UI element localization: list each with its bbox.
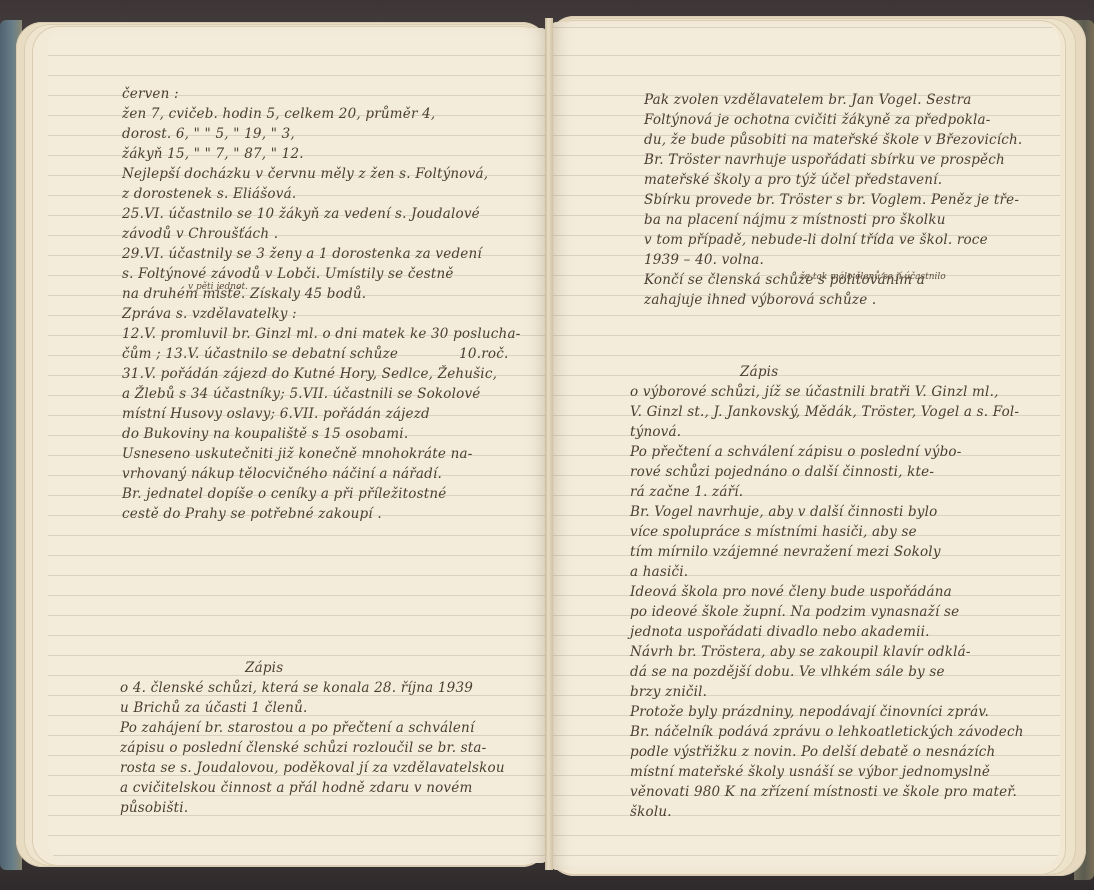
text-line: žen 7, cvičeb. hodin 5, celkem 20, průmě… bbox=[122, 104, 520, 124]
text-line: Po přečtení a schválení zápisu o posledn… bbox=[630, 442, 1024, 462]
text-line: dorost. 6, " " 5, " 19, " 3, bbox=[122, 124, 520, 144]
text-line: s. Foltýnové závodů v Lobči. Umístily se… bbox=[122, 264, 520, 284]
text-line: Protože byly prázdniny, nepodávají činov… bbox=[630, 702, 1024, 722]
text-line: školu. bbox=[630, 802, 1024, 822]
margin-note: 10.roč. bbox=[459, 344, 508, 364]
left-page-top-section: červen : žen 7, cvičeb. hodin 5, celkem … bbox=[122, 84, 520, 524]
text-line: červen : bbox=[122, 84, 520, 104]
text-line: Br. náčelník podává zprávu o lehkoatleti… bbox=[630, 722, 1024, 742]
section-heading: Zápis bbox=[120, 658, 505, 678]
text-line: 1939 – 40. volna. bbox=[644, 250, 1022, 270]
text-line: rové schůzi pojednáno o další činnosti, … bbox=[630, 462, 1024, 482]
text-line: u Brichů za účasti 1 členů. bbox=[120, 698, 505, 718]
text-line: 25.VI. účastnilo se 10 žákyň za vedení s… bbox=[122, 204, 520, 224]
text-line: Foltýnová je ochotna cvičiti žákyně za p… bbox=[644, 110, 1022, 130]
text-line: z dorostenek s. Eliášová. bbox=[122, 184, 520, 204]
text-line: Br. jednatel dopíše o ceníky a při příle… bbox=[122, 484, 520, 504]
text-line: a hasiči. bbox=[630, 562, 1024, 582]
section-heading: Zápis bbox=[630, 362, 1024, 382]
text-line: rá začne 1. září. bbox=[630, 482, 1024, 502]
text-line: 12.V. promluvil br. Ginzl ml. o dni mate… bbox=[122, 324, 520, 344]
text-line: ba na placení nájmu z místnosti pro škol… bbox=[644, 210, 1022, 230]
text-line-content: čům ; 13.V. účastnilo se debatní schůze bbox=[122, 346, 398, 362]
text-line: působišti. bbox=[120, 798, 505, 818]
text-line: týnová. bbox=[630, 422, 1024, 442]
text-line: 29.VI. účastnily se 3 ženy a 1 dorostenk… bbox=[122, 244, 520, 264]
text-line: cestě do Prahy se potřebné zakoupí . bbox=[122, 504, 520, 524]
text-line: Pak zvolen vzdělavatelem br. Jan Vogel. … bbox=[644, 90, 1022, 110]
left-page-bottom-section: Zápis o 4. členské schůzi, která se kona… bbox=[120, 658, 505, 818]
text-line: v tom případě, nebude-li dolní třída ve … bbox=[644, 230, 1022, 250]
text-line: zahajuje ihned výborová schůze . bbox=[644, 290, 1022, 310]
text-line: jednota uspořádati divadlo nebo akademii… bbox=[630, 622, 1024, 642]
text-line: dá se na pozdější dobu. Ve vlhkém sále b… bbox=[630, 662, 1024, 682]
text-line: a Žlebů s 34 účastníky; 5.VII. účastnili… bbox=[122, 384, 520, 404]
text-line: Návrh br. Tröstera, aby se zakoupil klav… bbox=[630, 642, 1024, 662]
book-gutter bbox=[545, 18, 553, 870]
text-line: na druhém místě. Získaly 45 bodů. bbox=[122, 284, 520, 304]
text-line: vrhovaný nákup tělocvičného náčiní a nář… bbox=[122, 464, 520, 484]
text-line: místní Husovy oslavy; 6.VII. pořádán záj… bbox=[122, 404, 520, 424]
text-line: du, že bude působiti na mateřské škole v… bbox=[644, 130, 1022, 150]
text-line: mateřské školy a pro týž účel představen… bbox=[644, 170, 1022, 190]
text-line: Sbírku provede br. Tröster s br. Voglem.… bbox=[644, 190, 1022, 210]
text-line: V. Ginzl st., J. Jankovský, Mědák, Tröst… bbox=[630, 402, 1024, 422]
text-line: rosta se s. Joudalovou, poděkoval jí za … bbox=[120, 758, 505, 778]
text-line: o výborové schůzi, jíž se účastnili brat… bbox=[630, 382, 1024, 402]
text-line: Nejlepší docházku v červnu měly z žen s.… bbox=[122, 164, 520, 184]
text-line: Zpráva s. vzdělavatelky : bbox=[122, 304, 520, 324]
right-page: Pak zvolen vzdělavatelem br. Jan Vogel. … bbox=[552, 22, 1060, 870]
text-line: žákyň 15, " " 7, " 87, " 12. bbox=[122, 144, 520, 164]
text-line: věnovati 980 K na zřízení místnosti ve š… bbox=[630, 782, 1024, 802]
text-line: 31.V. pořádán zájezd do Kutné Hory, Sedl… bbox=[122, 364, 520, 384]
text-line: brzy zničil. bbox=[630, 682, 1024, 702]
left-page: červen : žen 7, cvičeb. hodin 5, celkem … bbox=[48, 28, 546, 863]
interlinear-insertion: v pěti jednot. bbox=[188, 282, 248, 292]
text-line: místní mateřské školy usnáší se výbor je… bbox=[630, 762, 1024, 782]
text-line: do Bukoviny na koupaliště s 15 osobami. bbox=[122, 424, 520, 444]
text-line: Po zahájení br. starostou a po přečtení … bbox=[120, 718, 505, 738]
text-line: Br. Tröster navrhuje uspořádati sbírku v… bbox=[644, 150, 1022, 170]
text-line: zápisu o poslední členské schůzi rozlouč… bbox=[120, 738, 505, 758]
text-line: po ideové škole župní. Na podzim vynasna… bbox=[630, 602, 1024, 622]
interlinear-insertion: že tak málo členů se jí účastnilo bbox=[800, 272, 946, 282]
text-line: čům ; 13.V. účastnilo se debatní schůze1… bbox=[122, 344, 520, 364]
text-line: a cvičitelskou činnost a přál hodně zdar… bbox=[120, 778, 505, 798]
text-line: tím mírnilo vzájemné nevražení mezi Soko… bbox=[630, 542, 1024, 562]
text-line: Usneseno uskutečniti již konečně mnohokr… bbox=[122, 444, 520, 464]
right-page-bottom-section: Zápis o výborové schůzi, jíž se účastnil… bbox=[630, 362, 1024, 822]
text-line: více spolupráce s místními hasiči, aby s… bbox=[630, 522, 1024, 542]
text-line: podle výstřižku z novin. Po delší debatě… bbox=[630, 742, 1024, 762]
text-line: o 4. členské schůzi, která se konala 28.… bbox=[120, 678, 505, 698]
text-line: závodů v Chroušťách . bbox=[122, 224, 520, 244]
text-line: Br. Vogel navrhuje, aby v další činnosti… bbox=[630, 502, 1024, 522]
text-line: Ideová škola pro nové členy bude uspořád… bbox=[630, 582, 1024, 602]
